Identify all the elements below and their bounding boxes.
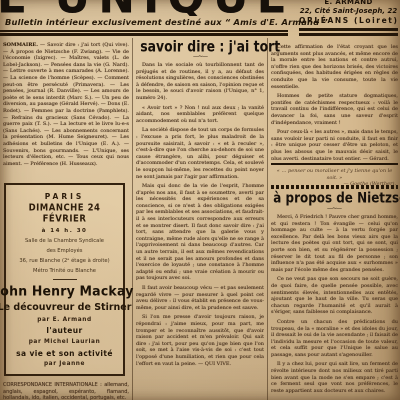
sommaire-text: SOMMAIRE. — Savoir dire : j'ai tort (Qui… bbox=[3, 42, 129, 167]
paragraph: « Avoir tort » ? Non ! nul aux deux ; la… bbox=[136, 105, 264, 125]
event-city: PARIS bbox=[45, 192, 85, 201]
paragraph: Il y a chez lui, pour qui sait lire, un … bbox=[271, 361, 398, 394]
article-body-savoir-dire: Dans la vie sociale où tourbillonnent ta… bbox=[136, 62, 264, 400]
event-venue-line2: des Employés bbox=[46, 248, 82, 255]
article-body-nietzsche: Merci, ô Friedrich ! Pauvre cher grand h… bbox=[271, 214, 398, 400]
column-divider-right bbox=[267, 38, 268, 400]
paragraph: Il faut avoir beaucoup vécu — et pas seu… bbox=[136, 285, 264, 311]
paragraph: Pour ceux-là « les autres », mais dans l… bbox=[271, 129, 398, 160]
section-rule bbox=[271, 163, 398, 165]
event-speaker3: par Jeanne bbox=[44, 361, 85, 367]
column-divider-left bbox=[132, 38, 133, 400]
dotted-rule bbox=[271, 185, 398, 189]
masthead-subtitle: Bulletin intérieur exclusivement destiné… bbox=[5, 17, 297, 27]
paragraph: Si l'on me presse d'avoir toujours raiso… bbox=[136, 314, 264, 367]
sommaire-label: SOMMAIRE. bbox=[3, 42, 38, 48]
event-date: DIMANCHE 24 FÉVRIER bbox=[8, 203, 121, 225]
publisher-rule bbox=[299, 28, 398, 36]
event-time: à 14 h. 30 bbox=[42, 228, 88, 234]
epigraph-text: « … penser ou moraliser et j'y tienne qu… bbox=[277, 168, 392, 181]
sommaire-block: SOMMAIRE. — Savoir dire : j'ai tort (Qui… bbox=[3, 42, 129, 180]
event-divider bbox=[53, 279, 77, 280]
event-venue-line1: Salle de la Chambre Syndicale bbox=[25, 238, 104, 245]
paragraph: Contre un chacun des prédications du tro… bbox=[271, 319, 398, 359]
event-speaker2: par Michel Laurian bbox=[29, 339, 101, 345]
event-part2: l'auteur bbox=[46, 326, 82, 335]
masthead-title: L'UNIQUE bbox=[0, 0, 295, 16]
article-body-right-top: Cette affirmation de l'état croyant que … bbox=[271, 44, 398, 160]
paragraph: Merci, ô Friedrich ! Pauvre cher grand h… bbox=[271, 214, 398, 273]
event-announcement-box: PARIS DIMANCHE 24 FÉVRIER à 14 h. 30 Sal… bbox=[4, 183, 125, 376]
publisher-city: ORLÉANS (Loiret) bbox=[299, 16, 398, 25]
correspondence-note: CORRESPONDANCE INTERNATIONALE : allemand… bbox=[3, 382, 129, 400]
paragraph: Ce ne veut pas que son secours ne soit g… bbox=[271, 276, 398, 316]
headline-ornament: —~— bbox=[320, 207, 348, 212]
headline-ornament: —~— bbox=[186, 55, 214, 60]
paragraph: La société dispose de tout un corps de f… bbox=[136, 127, 264, 180]
event-subtitle: Le découvreur de Stirner bbox=[0, 302, 131, 314]
newspaper-page: L'UNIQUE Bulletin intérieur exclusivemen… bbox=[0, 0, 400, 400]
masthead-rule bbox=[0, 30, 288, 36]
paragraph: Hommes de petite stature dogmatiques, po… bbox=[271, 93, 398, 126]
paragraph: Dans la vie sociale où tourbillonnent ta… bbox=[136, 62, 264, 102]
publisher-address: 22, Cité Saint-Joseph, 22 bbox=[299, 7, 398, 15]
event-part3: sa vie et son activité bbox=[16, 349, 113, 358]
event-speaker1: par E. Armand bbox=[37, 317, 92, 323]
event-metro: Métro Trinité ou Blanche bbox=[33, 268, 96, 275]
masthead: L'UNIQUE bbox=[0, 0, 300, 16]
paragraph: Cette affirmation de l'état croyant que … bbox=[271, 44, 398, 90]
publisher-block: E. ARMAND 22, Cité Saint-Joseph, 22 ORLÉ… bbox=[299, 0, 398, 36]
publisher-name: E. ARMAND bbox=[299, 0, 398, 6]
event-title: John Henry Mackay bbox=[0, 283, 134, 299]
event-address: 36, rue Blanche (2ᵉ étage à droite) bbox=[19, 258, 109, 265]
paragraph: Mais qui donc de la vie de l'esprit, l'h… bbox=[136, 183, 264, 282]
